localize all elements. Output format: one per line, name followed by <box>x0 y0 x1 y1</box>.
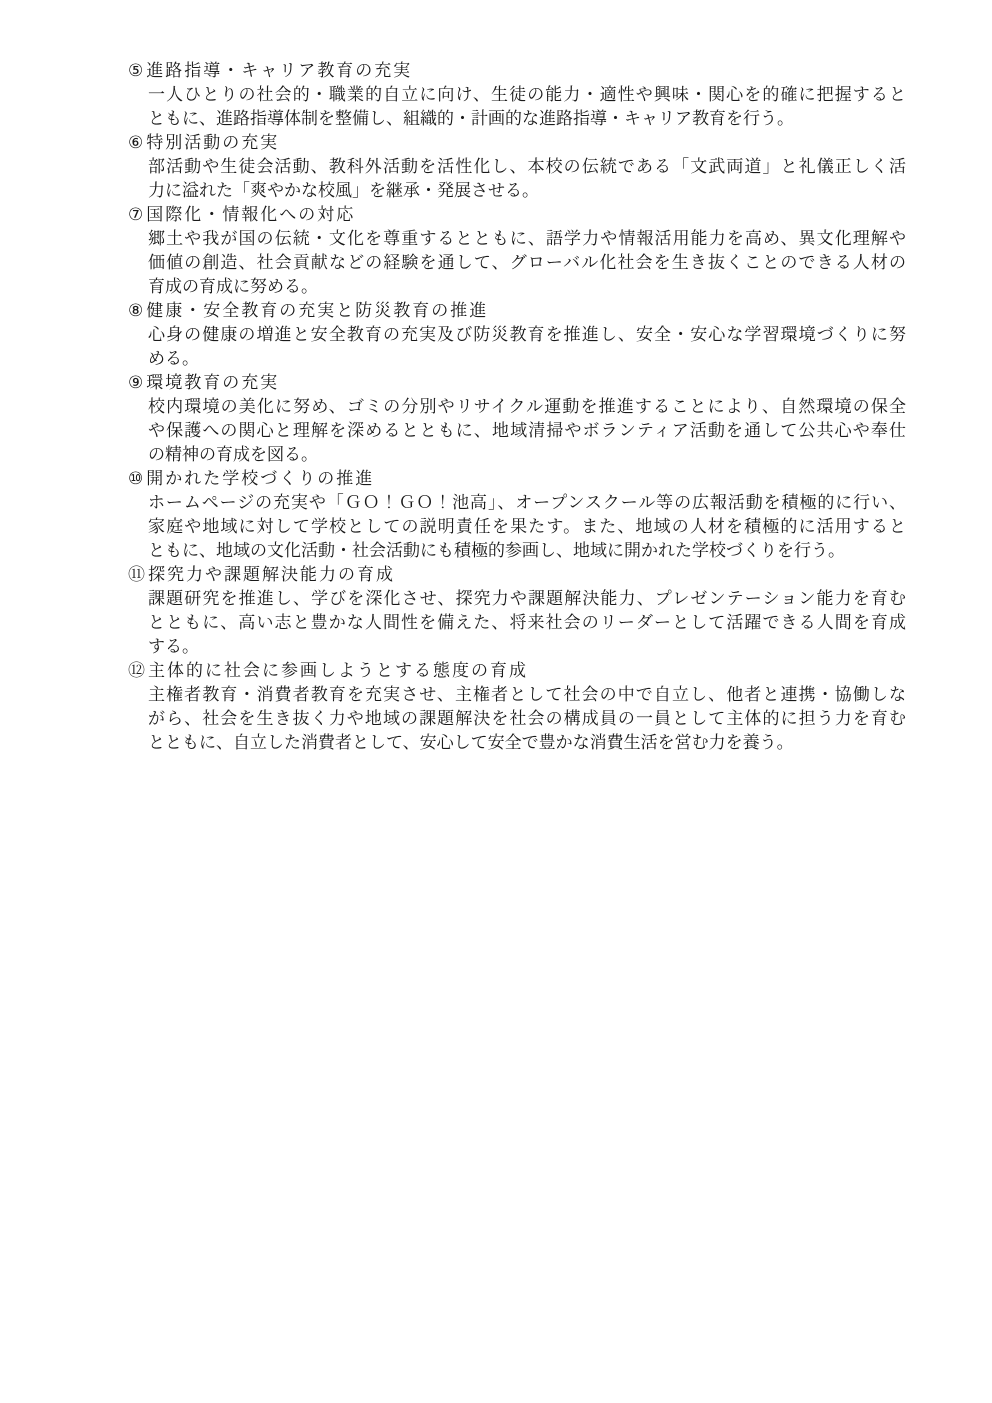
policy-item-12: ⑫主体的に社会に参画しようとする態度の育成 主権者教育・消費者教育を充実させ、主… <box>128 659 906 755</box>
policy-heading: ⑦国際化・情報化への対応 <box>128 203 906 227</box>
item-number-marker: ⑩ <box>128 469 145 489</box>
policy-title: 健康・安全教育の充実と防災教育の推進 <box>146 301 488 321</box>
policy-item-7: ⑦国際化・情報化への対応 郷土や我が国の伝統・文化を尊重するとともに、語学力や情… <box>128 203 906 299</box>
item-number-marker: ⑦ <box>128 205 145 225</box>
policy-text-line: 校内環境の美化に努め、ゴミの分別やリサイクル運動を推進することにより、自然環境の… <box>128 395 906 419</box>
policy-text-line: 価値の創造、社会貢献などの経験を通して、グローバル化社会を生き抜くことのできる人… <box>128 251 906 275</box>
policy-text-line: 心身の健康の増進と安全教育の充実及び防災教育を推進し、安全・安心な学習環境づくり… <box>128 323 906 347</box>
policy-text-line: 力に溢れた「爽やかな校風」を継承・発展させる。 <box>128 179 906 203</box>
policy-title: 開かれた学校づくりの推進 <box>146 469 374 489</box>
policy-text-line: 部活動や生徒会活動、教科外活動を活性化し、本校の伝統である「文武両道」と礼儀正し… <box>128 155 906 179</box>
policy-text-line: 郷土や我が国の伝統・文化を尊重するとともに、語学力や情報活用能力を高め、異文化理… <box>128 227 906 251</box>
item-number-marker: ⑫ <box>128 661 147 681</box>
policy-text-line: する。 <box>128 635 906 659</box>
policy-title: 進路指導・キャリア教育の充実 <box>146 61 412 81</box>
policy-text-line: がら、社会を生き抜く力や地域の課題解決を社会の構成員の一員として主体的に担う力を… <box>128 707 906 731</box>
policy-text-line: める。 <box>128 347 906 371</box>
policy-heading: ⑪探究力や課題解決能力の育成 <box>128 563 906 587</box>
policy-heading: ⑧健康・安全教育の充実と防災教育の推進 <box>128 299 906 323</box>
policy-title: 環境教育の充実 <box>146 373 279 393</box>
policy-heading: ⑩開かれた学校づくりの推進 <box>128 467 906 491</box>
policy-title: 国際化・情報化への対応 <box>146 205 355 225</box>
policy-text-line: とともに、自立した消費者として、安心して安全で豊かな消費生活を営む力を養う。 <box>128 731 906 755</box>
item-number-marker: ⑥ <box>128 133 145 153</box>
policy-text-line: 家庭や地域に対して学校としての説明責任を果たす。また、地域の人材を積極的に活用す… <box>128 515 906 539</box>
policy-item-6: ⑥特別活動の充実 部活動や生徒会活動、教科外活動を活性化し、本校の伝統である「文… <box>128 131 906 203</box>
policy-title: 特別活動の充実 <box>146 133 279 153</box>
policy-text-line: ともに、進路指導体制を整備し、組織的・計画的な進路指導・キャリア教育を行う。 <box>128 107 906 131</box>
policy-list: ⑤進路指導・キャリア教育の充実 一人ひとりの社会的・職業的自立に向け、生徒の能力… <box>128 59 906 755</box>
policy-text-line: の精神の育成を図る。 <box>128 443 906 467</box>
policy-heading: ⑤進路指導・キャリア教育の充実 <box>128 59 906 83</box>
policy-title: 探究力や課題解決能力の育成 <box>148 565 395 585</box>
policy-text-line: 主権者教育・消費者教育を充実させ、主権者として社会の中で自立し、他者と連携・協働… <box>128 683 906 707</box>
policy-text-line: とともに、高い志と豊かな人間性を備えた、将来社会のリーダーとして活躍できる人間を… <box>128 611 906 635</box>
policy-item-5: ⑤進路指導・キャリア教育の充実 一人ひとりの社会的・職業的自立に向け、生徒の能力… <box>128 59 906 131</box>
policy-item-10: ⑩開かれた学校づくりの推進 ホームページの充実や「ＧＯ！ＧＯ！池高」、オープンス… <box>128 467 906 563</box>
policy-text-line: や保護への関心と理解を深めるとともに、地域清掃やボランティア活動を通して公共心や… <box>128 419 906 443</box>
policy-item-9: ⑨環境教育の充実 校内環境の美化に努め、ゴミの分別やリサイクル運動を推進すること… <box>128 371 906 467</box>
document-page: ⑤進路指導・キャリア教育の充実 一人ひとりの社会的・職業的自立に向け、生徒の能力… <box>0 0 992 1403</box>
policy-text-line: 育成の育成に努める。 <box>128 275 906 299</box>
item-number-marker: ⑧ <box>128 301 145 321</box>
policy-item-11: ⑪探究力や課題解決能力の育成 課題研究を推進し、学びを深化させ、探究力や課題解決… <box>128 563 906 659</box>
policy-heading: ⑥特別活動の充実 <box>128 131 906 155</box>
policy-text-line: ともに、地域の文化活動・社会活動にも積極的参画し、地域に開かれた学校づくりを行う… <box>128 539 906 563</box>
policy-heading: ⑫主体的に社会に参画しようとする態度の育成 <box>128 659 906 683</box>
policy-title: 主体的に社会に参画しようとする態度の育成 <box>148 661 528 681</box>
policy-item-8: ⑧健康・安全教育の充実と防災教育の推進 心身の健康の増進と安全教育の充実及び防災… <box>128 299 906 371</box>
policy-text-line: ホームページの充実や「ＧＯ！ＧＯ！池高」、オープンスクール等の広報活動を積極的に… <box>128 491 906 515</box>
policy-heading: ⑨環境教育の充実 <box>128 371 906 395</box>
item-number-marker: ⑨ <box>128 373 145 393</box>
policy-text-line: 一人ひとりの社会的・職業的自立に向け、生徒の能力・適性や興味・関心を的確に把握す… <box>128 83 906 107</box>
item-number-marker: ⑪ <box>128 565 147 585</box>
policy-text-line: 課題研究を推進し、学びを深化させ、探究力や課題解決能力、プレゼンテーション能力を… <box>128 587 906 611</box>
item-number-marker: ⑤ <box>128 61 145 81</box>
